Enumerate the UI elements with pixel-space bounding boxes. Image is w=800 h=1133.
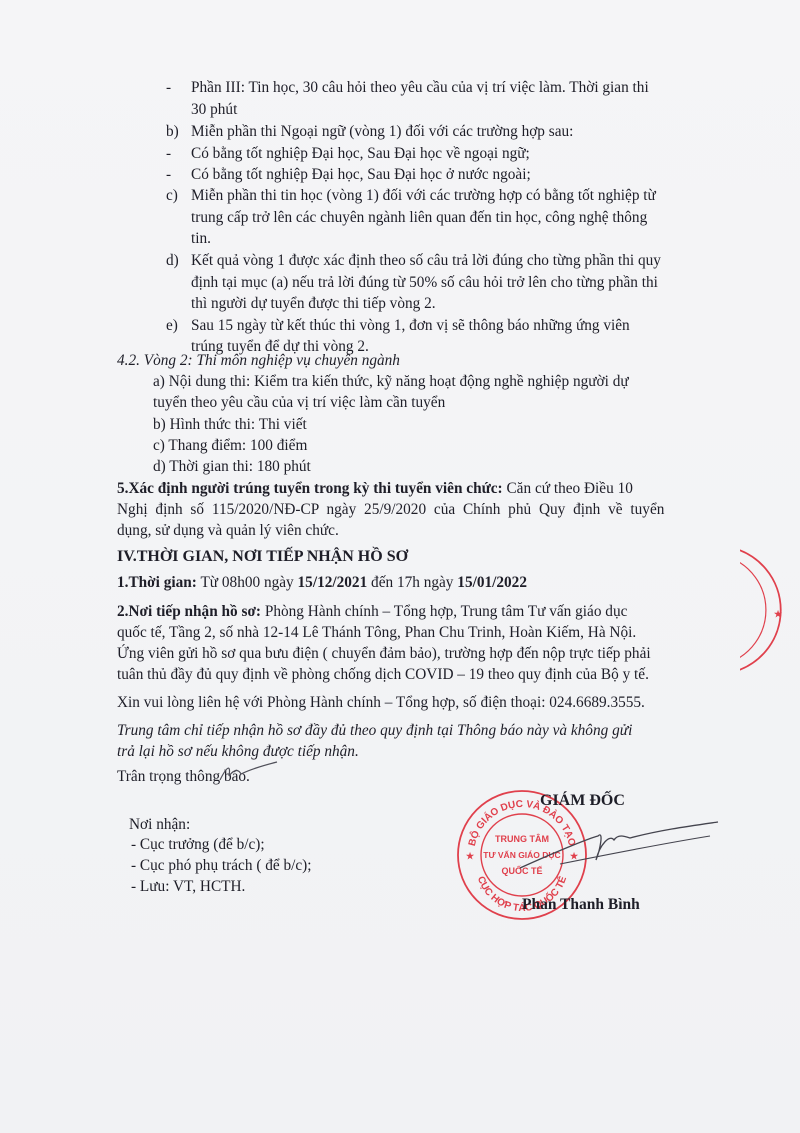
b-marker: b) (166, 121, 179, 142)
d-line-1: Kết quả vòng 1 được xác định theo số câu… (191, 250, 661, 271)
b-text: Miễn phần thi Ngoại ngữ (vòng 1) đối với… (191, 121, 573, 142)
d-marker: d) (166, 250, 179, 271)
signature-title: GIÁM ĐỐC (540, 790, 625, 811)
place-line4: tuân thủ đầy đủ quy định về phòng chống … (117, 664, 649, 685)
recipients-title: Nơi nhận: (129, 814, 190, 835)
c-line-2: trung cấp trở lên các chuyên ngành liên … (191, 207, 647, 228)
bullet-dash: - (166, 164, 171, 185)
e-marker: e) (166, 315, 178, 336)
c-marker: c) (166, 185, 178, 206)
round2-heading: 4.2. Vòng 2: Thi môn nghiệp vụ chuyên ng… (117, 350, 400, 371)
part3-line1: Phần III: Tin học, 30 câu hỏi theo yêu c… (191, 77, 649, 98)
round2-b: b) Hình thức thi: Thi viết (153, 414, 307, 435)
time-label: 1.Thời gian: (117, 574, 197, 591)
section5-line3: dụng, sử dụng và quản lý viên chức. (117, 520, 339, 541)
document-page: - Phần III: Tin học, 30 câu hỏi theo yêu… (0, 0, 800, 1133)
round2-a-line1: a) Nội dung thi: Kiểm tra kiến thức, kỹ … (153, 371, 629, 392)
part3-line2: 30 phút (191, 99, 237, 120)
place-label: 2.Nơi tiếp nhận hồ sơ: (117, 603, 261, 620)
recipient-item: - Cục trưởng (để b/c); (131, 834, 265, 855)
time-pre: Từ 08h00 ngày (197, 574, 298, 591)
time-end: 15/01/2022 (457, 574, 527, 591)
section-iv-heading: IV.THỜI GIAN, NƠI TIẾP NHẬN HỒ SƠ (117, 546, 408, 567)
contact-line: Xin vui lòng liên hệ với Phòng Hành chín… (117, 692, 645, 713)
signer-name: Phan Thanh Bình (522, 894, 640, 915)
b-item-1: Có bằng tốt nghiệp Đại học, Sau Đại học … (191, 143, 530, 164)
round2-c: c) Thang điểm: 100 điểm (153, 435, 307, 456)
d-line-2: định tại mục (a) nếu trả lời đúng từ 50%… (191, 272, 658, 293)
place-line2: quốc tế, Tầng 2, số nhà 12-14 Lê Thánh T… (117, 622, 636, 643)
time-start: 15/12/2021 (298, 574, 368, 591)
d-line-3: thì người dự tuyển được thi tiếp vòng 2. (191, 293, 436, 314)
initial-scribble-icon (215, 758, 285, 788)
partial-stamp-icon: ★ (740, 545, 800, 675)
bullet-dash: - (166, 143, 171, 164)
bullet-dash: - (166, 77, 171, 98)
c-line-1: Miễn phần thi tin học (vòng 1) đối với c… (191, 185, 656, 206)
note-line1: Trung tâm chỉ tiếp nhận hồ sơ đầy đủ the… (117, 720, 632, 741)
round2-d: d) Thời gian thi: 180 phút (153, 456, 311, 477)
c-line-3: tin. (191, 228, 211, 249)
section5-text: Căn cứ theo Điều 10 (503, 480, 633, 497)
svg-text:★: ★ (774, 609, 783, 619)
signature-scribble-icon (500, 820, 720, 875)
time-mid: đến 17h ngày (367, 574, 457, 591)
e-line-1: Sau 15 ngày từ kết thúc thi vòng 1, đơn … (191, 315, 630, 336)
svg-text:★: ★ (466, 851, 475, 861)
place-line1: 2.Nơi tiếp nhận hồ sơ: Phòng Hành chính … (117, 601, 627, 622)
recipient-item: - Lưu: VT, HCTH. (131, 876, 245, 897)
recipient-item: - Cục phó phụ trách ( để b/c); (131, 855, 312, 876)
time-line: 1.Thời gian: Từ 08h00 ngày 15/12/2021 đế… (117, 572, 527, 593)
round2-a-line2: tuyển theo yêu cầu của vị trí việc làm c… (153, 392, 445, 413)
b-item-2: Có bằng tốt nghiệp Đại học, Sau Đại học … (191, 164, 531, 185)
place-line3: Ứng viên gửi hồ sơ qua bưu điện ( chuyển… (117, 643, 651, 664)
place-text: Phòng Hành chính – Tổng hợp, Trung tâm T… (261, 603, 627, 620)
section5-line1: 5.Xác định người trúng tuyển trong kỳ th… (117, 478, 633, 499)
section5-line2: Nghị định số 115/2020/NĐ-CP ngày 25/9/20… (117, 499, 664, 520)
section5-label: 5.Xác định người trúng tuyển trong kỳ th… (117, 480, 503, 497)
